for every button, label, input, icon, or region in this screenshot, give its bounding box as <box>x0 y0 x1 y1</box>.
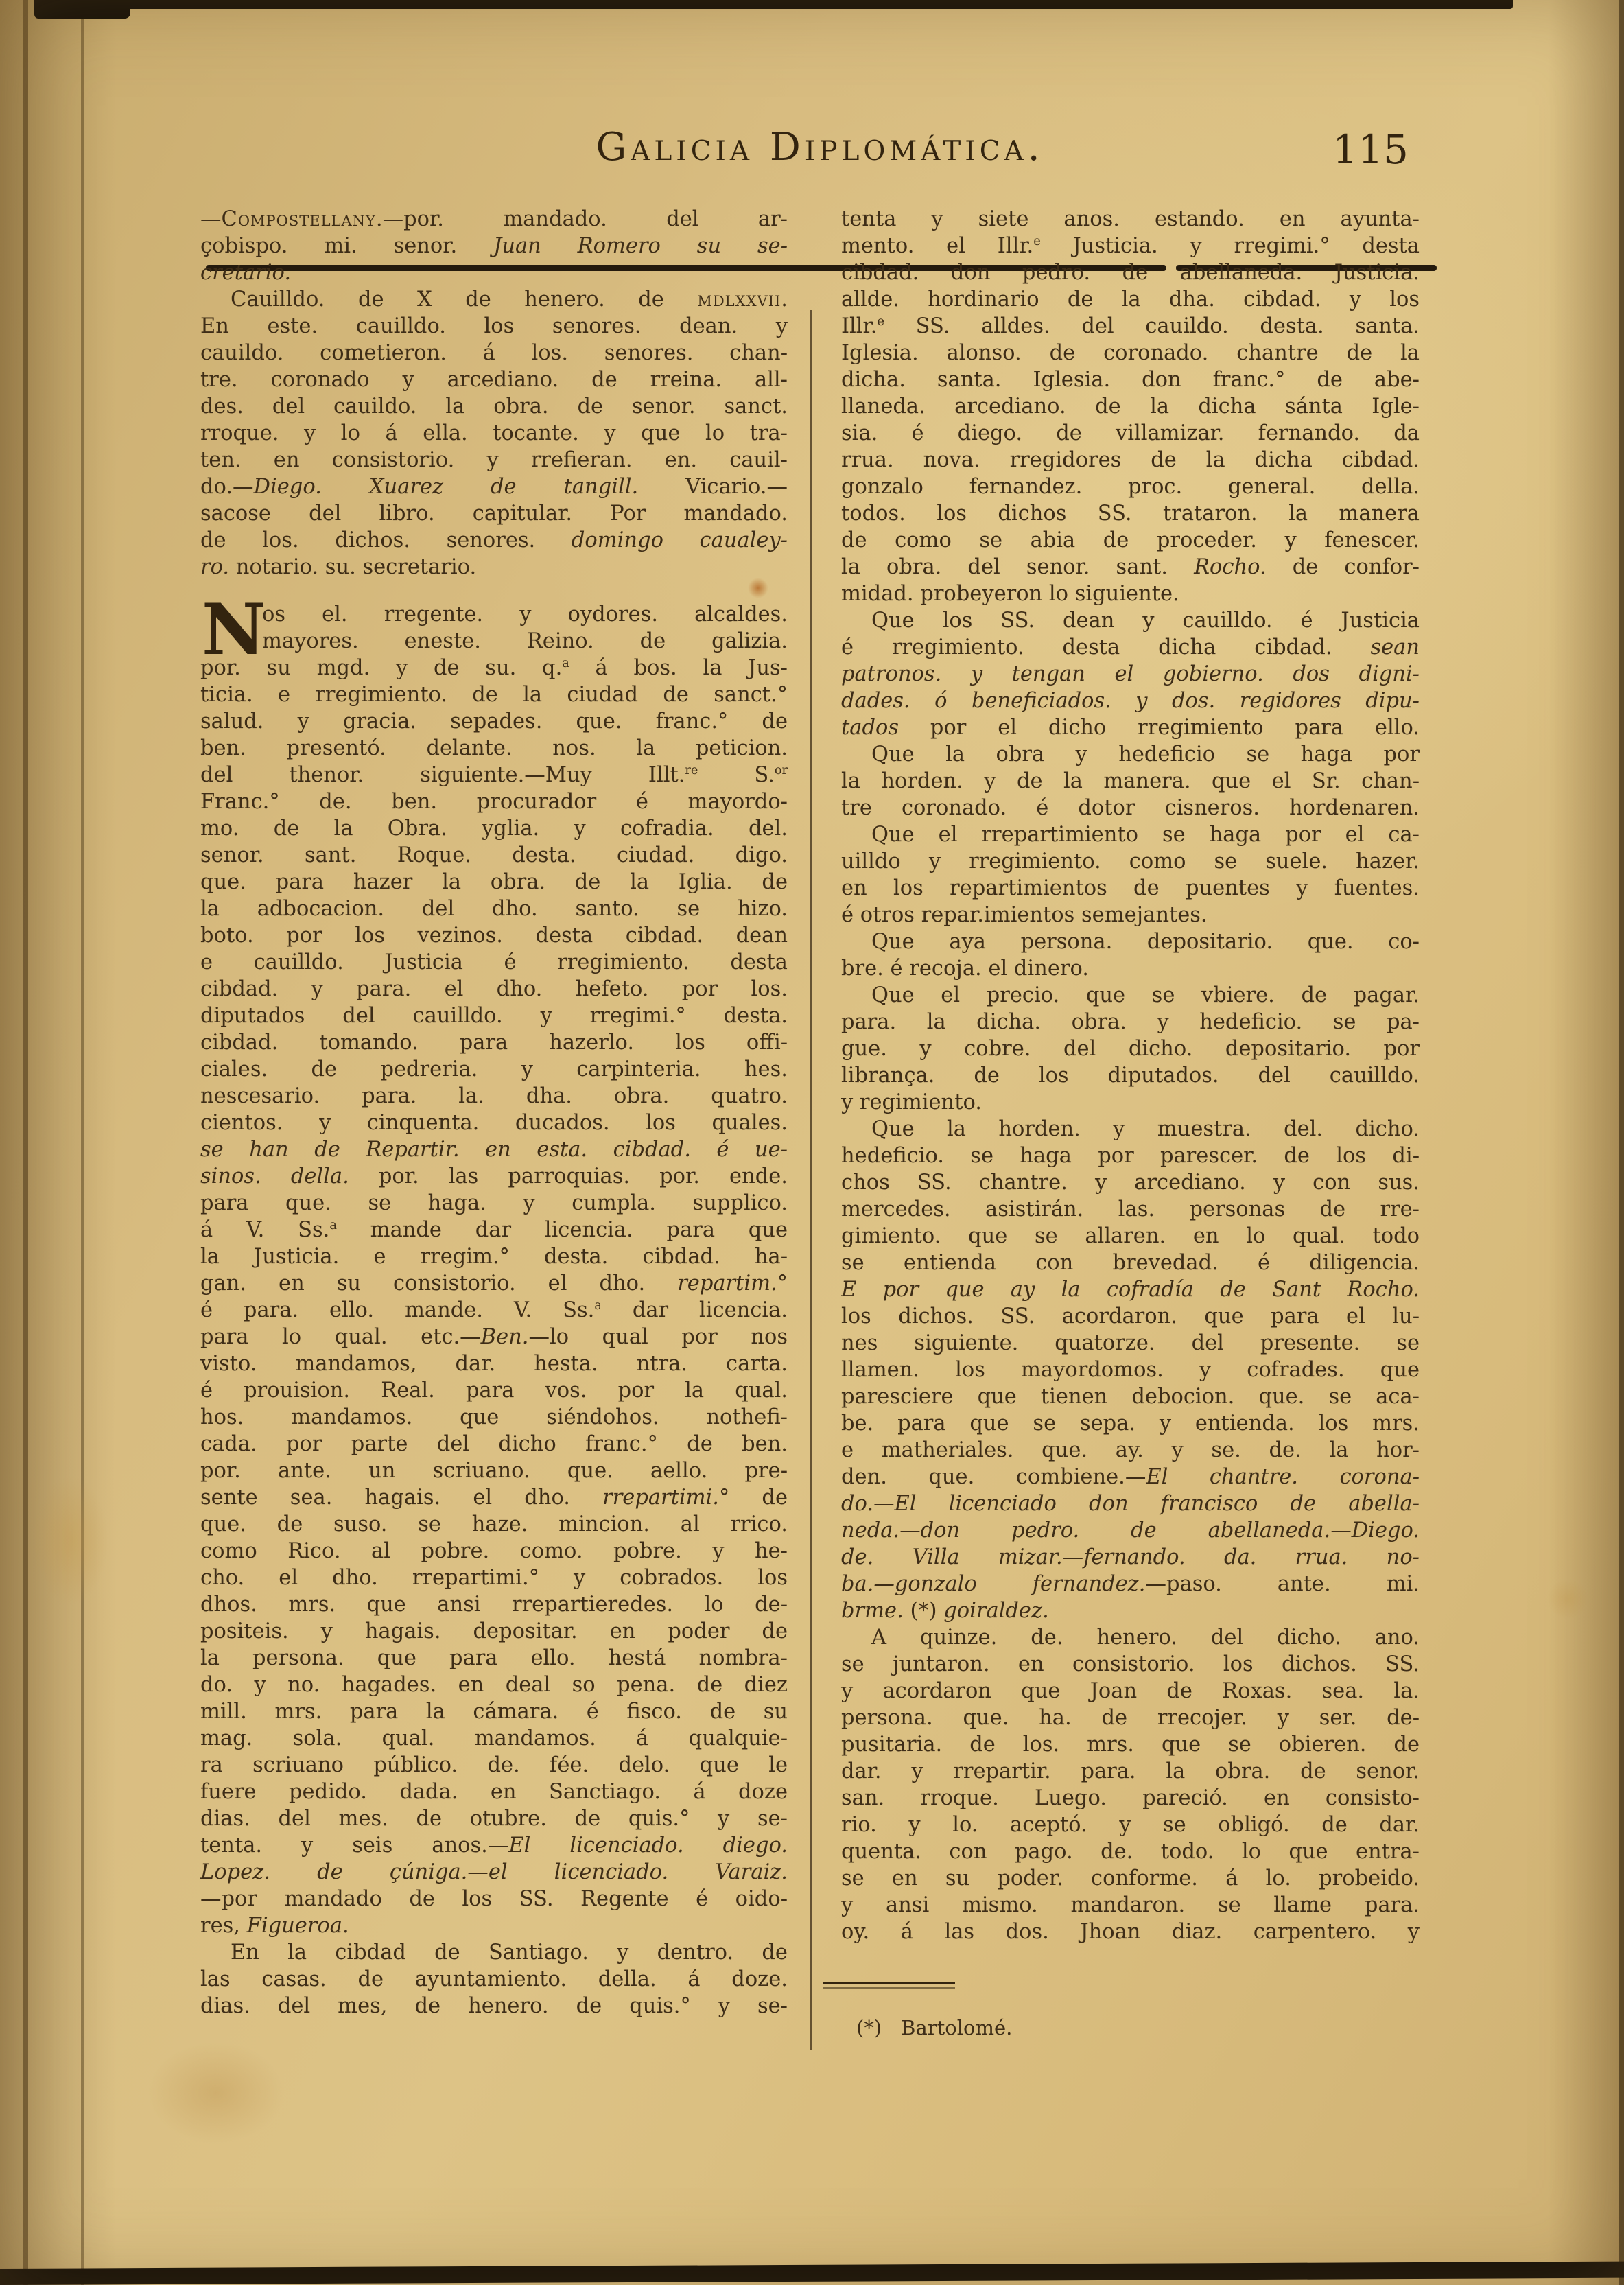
italic-text: dades. ó beneficiados. y dos. regidores … <box>841 689 1420 713</box>
superscript-text: a <box>594 1299 602 1313</box>
text-run: be. para que se sepa. y entienda. los mr… <box>841 1411 1420 1436</box>
text-line: —Compostellany.—por. mandado. del ar- <box>200 206 788 233</box>
text-line: gue. y cobre. del dicho. depositario. po… <box>841 1035 1420 1062</box>
scan-edge-bottom <box>0 2262 1624 2285</box>
superscript-text: re <box>685 764 698 777</box>
italic-text: El licenciado. diego. <box>508 1833 788 1858</box>
text-line: de. Villa mizar.—fernando. da. rrua. no- <box>841 1544 1420 1571</box>
text-line: ciales. de pedreria. y carpinteria. hes. <box>200 1056 788 1083</box>
text-run: y regimiento. <box>841 1090 982 1114</box>
text-line: dades. ó beneficiados. y dos. regidores … <box>841 688 1420 714</box>
text-run: sente sea. hagais. el dho. <box>200 1486 602 1510</box>
text-run: do. y no. hagades. en deal so pena. de d… <box>200 1673 788 1697</box>
page-number: 115 <box>1300 126 1441 173</box>
text-run: uilldo y rregimiento. como se suele. haz… <box>841 849 1420 874</box>
italic-text: Lopez. de çúniga.—el licenciado. Varaiz. <box>200 1860 788 1884</box>
text-run: y acordaron que Joan de Roxas. sea. la. <box>841 1679 1420 1703</box>
text-line: para lo qual. etc.—Ben.—lo qual por nos <box>200 1324 788 1350</box>
text-run: S. <box>698 763 775 787</box>
text-line: gimiento. que se allaren. en lo qual. to… <box>841 1223 1420 1250</box>
text-run: Que aya persona. depositario. que. co- <box>871 930 1420 954</box>
italic-text: sean <box>1370 635 1420 659</box>
text-run: por el dicho rregimiento para ello. <box>899 716 1420 740</box>
superscript-text: e <box>877 315 884 329</box>
text-run: tenta y siete anos. estando. en ayunta- <box>841 207 1420 231</box>
text-run: Que el rrepartimiento se haga por el ca- <box>871 823 1420 847</box>
text-run: fuere pedido. dada. en Sanctiago. á doze <box>200 1780 788 1804</box>
text-run: por. ante. un scriuano. que. aello. pre- <box>200 1459 788 1483</box>
italic-text: goiraldez. <box>943 1599 1049 1623</box>
text-line: se juntaron. en consistorio. los dichos.… <box>841 1651 1420 1678</box>
text-run: é para. ello. mande. V. Ss. <box>200 1298 594 1322</box>
text-column-right: tenta y siete anos. estando. en ayunta-m… <box>841 206 1420 1945</box>
text-run: los dichos. SS. acordaron. que para el l… <box>841 1304 1420 1328</box>
text-line: chos SS. chantre. y arcediano. y con sus… <box>841 1169 1420 1196</box>
text-line: salud. y gracia. sepades. que. franc.° d… <box>200 708 788 735</box>
paragraph: Que la obra y hedeficio se haga porla ho… <box>841 741 1420 821</box>
text-line: Que la horden. y muestra. del. dicho. <box>841 1116 1420 1142</box>
text-run: la Justicia. e rregim.° desta. cibdad. h… <box>200 1245 788 1269</box>
text-line: boto. por los vezinos. desta cibdad. dea… <box>200 922 788 949</box>
text-line: mercedes. asistirán. las. personas de rr… <box>841 1196 1420 1223</box>
text-line: den. que. combiene.—El chantre. corona- <box>841 1464 1420 1490</box>
text-line: tre. coronado y arcediano. de rreina. al… <box>200 366 788 393</box>
page-edge-shadow <box>1549 0 1624 2285</box>
text-run: notario. su. secretario. <box>229 555 476 579</box>
superscript-text: or <box>775 764 788 777</box>
text-run: ciales. de pedreria. y carpinteria. hes. <box>200 1057 788 1081</box>
text-run: Que los SS. dean y cauilldo. é Justicia <box>871 609 1420 633</box>
text-run: A quinze. de. henero. del dicho. ano. <box>871 1626 1420 1650</box>
text-line: dhos. mrs. que ansi rrepartieredes. lo d… <box>200 1591 788 1618</box>
text-line: visto. mandamos, dar. hesta. ntra. carta… <box>200 1350 788 1377</box>
italic-text: Juan Romero su se- <box>493 234 788 258</box>
text-line: cho. el dho. rrepartimi.° y cobrados. lo… <box>200 1565 788 1591</box>
text-run: ten. en consistorio. y rrefieran. en. ca… <box>200 448 788 472</box>
text-run: oy. á las dos. Jhoan diaz. carpentero. y <box>841 1920 1420 1944</box>
text-line: ticia. e rregimiento. de la ciudad de sa… <box>200 681 788 708</box>
text-run: dhos. mrs. que ansi rrepartieredes. lo d… <box>200 1593 788 1617</box>
text-line: res, Figueroa. <box>200 1912 788 1939</box>
text-line: rrua. nova. rregidores de la dicha cibda… <box>841 447 1420 473</box>
paragraph: tenta y siete anos. estando. en ayunta-m… <box>841 206 1420 607</box>
text-line: nes siguiente. quatorze. del presente. s… <box>841 1330 1420 1357</box>
text-run: nes siguiente. quatorze. del presente. s… <box>841 1331 1420 1355</box>
text-line: dar. y rrepartir. para. la obra. de seno… <box>841 1758 1420 1785</box>
paragraph: En la cibdad de Santiago. y dentro. dela… <box>200 1939 788 2019</box>
text-line: hos. mandamos. que siéndohos. nothefi- <box>200 1404 788 1431</box>
journal-title: Galicia Diplomática. <box>202 125 1437 169</box>
text-run: dar. y rrepartir. para. la obra. de seno… <box>841 1759 1420 1783</box>
text-run: Illr. <box>841 314 877 338</box>
text-run: hedeficio. se haga por parescer. de los … <box>841 1144 1420 1168</box>
text-line: se han de Repartir. en esta. cibdad. é u… <box>200 1136 788 1163</box>
text-line: diputados del cauilldo. y rregimi.° dest… <box>200 1003 788 1029</box>
text-run: se entienda con brevedad. é diligencia. <box>841 1251 1420 1275</box>
text-run: gan. en su consistorio. el dho. <box>200 1272 677 1296</box>
text-line: allde. hordinario de la dha. cibdad. y l… <box>841 286 1420 313</box>
text-run: tre. coronado y arcediano. de rreina. al… <box>200 368 788 392</box>
text-line: ro. notario. su. secretario. <box>200 554 788 581</box>
text-run: llaneda. arcediano. de la dicha sánta Ig… <box>841 395 1420 419</box>
text-line: las casas. de ayuntamiento. della. á doz… <box>200 1966 788 1993</box>
text-line: é otros repar.imientos semejantes. <box>841 902 1420 928</box>
text-line: tenta y siete anos. estando. en ayunta- <box>841 206 1420 233</box>
paragraph: Que la horden. y muestra. del. dicho.hed… <box>841 1116 1420 1624</box>
paragraph: Que el rrepartimiento se haga por el ca-… <box>841 821 1420 928</box>
text-line: todos. los dichos SS. trataron. la maner… <box>841 500 1420 527</box>
text-run: mill. mrs. para la cámara. é fisco. de s… <box>200 1700 788 1724</box>
italic-text: El chantre. corona- <box>1146 1465 1420 1489</box>
text-run: mo. de la Obra. yglia. y cofradia. del. <box>200 817 788 841</box>
text-line: gonzalo fernandez. proc. general. della. <box>841 473 1420 500</box>
text-run: las casas. de ayuntamiento. della. á doz… <box>200 1967 788 1991</box>
text-run: dicha. santa. Iglesia. don franc.° de ab… <box>841 368 1420 392</box>
text-run: En este. cauilldo. los senores. dean. y <box>200 314 788 338</box>
text-run: . <box>781 288 788 312</box>
text-run: cho. el dho. rrepartimi.° y cobrados. lo… <box>200 1566 788 1590</box>
text-run: e cauilldo. Justicia é rregimiento. dest… <box>200 950 788 974</box>
text-line: ra scriuano público. de. fée. delo. que … <box>200 1752 788 1779</box>
text-line: tados por el dicho rregimiento para ello… <box>841 714 1420 741</box>
text-run: Que la horden. y muestra. del. dicho. <box>871 1117 1420 1141</box>
text-run: de los. dichos. senores. <box>200 528 572 552</box>
paragraph: Que aya persona. depositario. que. co-br… <box>841 928 1420 982</box>
superscript-text: a <box>329 1219 337 1232</box>
text-run: ra scriuano público. de. fée. delo. que … <box>200 1753 788 1777</box>
text-line: A quinze. de. henero. del dicho. ano. <box>841 1624 1420 1651</box>
italic-text: rrepartimi.° <box>602 1486 729 1510</box>
text-run: chos SS. chantre. y arcediano. y con sus… <box>841 1171 1420 1195</box>
text-run: por. las parroquias. por. ende. <box>349 1164 788 1188</box>
text-run: é prouision. Real. para vos. por la qual… <box>200 1379 788 1403</box>
text-run: se en su poder. conforme. á lo. probeido… <box>841 1866 1420 1890</box>
text-run: librança. de los diputados. del cauilldo… <box>841 1064 1420 1088</box>
text-run: pusitaria. de los. mrs. que se obieren. … <box>841 1733 1420 1757</box>
italic-text: E por que ay la cofradía de Sant Rocho. <box>841 1278 1420 1302</box>
italic-text: tados <box>841 716 899 740</box>
text-line: é rregimiento. desta dicha cibdad. sean <box>841 634 1420 661</box>
italic-text: se han de Repartir. en esta. cibdad. é u… <box>200 1138 788 1162</box>
text-line: persona. que. ha. de rrecojer. y ser. de… <box>841 1704 1420 1731</box>
text-run: para lo qual. etc.— <box>200 1325 481 1349</box>
text-line: mento. el Illr.e Justicia. y rregimi.° d… <box>841 233 1420 259</box>
text-line: patronos. y tengan el gobierno. dos dign… <box>841 661 1420 688</box>
text-line: e matheriales. que. ay. y se. de. la hor… <box>841 1437 1420 1464</box>
text-run: hos. mandamos. que siéndohos. nothefi- <box>200 1405 788 1429</box>
text-line: sacose del libro. capitular. Por mandado… <box>200 500 788 527</box>
text-line: del thenor. siguiente.—Muy Illt.re S.or <box>200 762 788 788</box>
text-run: cibdad. y para. el dho. hefeto. por los. <box>200 977 788 1001</box>
text-line: Que el precio. que se vbiere. de pagar. <box>841 982 1420 1009</box>
text-run: mag. sola. qual. mandamos. á qualquie- <box>200 1726 788 1750</box>
text-run: positeis. y hagais. depositar. en poder … <box>200 1619 788 1643</box>
text-line: la horden. y de la manera. que el Sr. ch… <box>841 768 1420 795</box>
scan-edge-top-blob <box>34 0 130 19</box>
text-line: be. para que se sepa. y entienda. los mr… <box>841 1410 1420 1437</box>
paragraph: Que los SS. dean y cauilldo. é Justiciaé… <box>841 607 1420 741</box>
text-run: de <box>729 1486 788 1510</box>
paragraph: Cauilldo. de X de henero. de mdlxxvii.En… <box>200 286 788 581</box>
paragraph: Que el precio. que se vbiere. de pagar.p… <box>841 982 1420 1116</box>
text-line: oy. á las dos. Jhoan diaz. carpentero. y <box>841 1919 1420 1945</box>
text-line: quenta. con pago. de. todo. lo que entra… <box>841 1838 1420 1865</box>
text-run: cada. por parte del dicho franc.° de ben… <box>200 1432 788 1456</box>
text-line: cientos. y cinquenta. ducados. los quale… <box>200 1110 788 1136</box>
text-run: en los repartimientos de puentes y fuent… <box>841 876 1420 900</box>
text-line: Cauilldo. de X de henero. de mdlxxvii. <box>200 286 788 313</box>
text-run: Justicia. y rregimi.° desta <box>1041 234 1420 258</box>
text-line: En este. cauilldo. los senores. dean. y <box>200 313 788 340</box>
text-run: mayores. eneste. Reino. de galizia. <box>262 629 788 653</box>
text-line: que. para hazer la obra. de la Iglia. de <box>200 869 788 895</box>
text-line: cada. por parte del dicho franc.° de ben… <box>200 1431 788 1457</box>
text-run: Vicario.— <box>638 475 788 499</box>
italic-text: Ben. <box>481 1325 529 1349</box>
text-line: ten. en consistorio. y rrefieran. en. ca… <box>200 447 788 473</box>
italic-text: de. Villa mizar.—fernando. da. rrua. no- <box>841 1545 1420 1569</box>
text-run: gimiento. que se allaren. en lo qual. to… <box>841 1224 1420 1248</box>
text-run: des. del cauildo. la obra. de senor. san… <box>200 395 788 419</box>
text-run: á bos. la Jus- <box>569 656 788 680</box>
text-line: cauildo. cometieron. á los. senores. cha… <box>200 340 788 366</box>
text-run: quenta. con pago. de. todo. lo que entra… <box>841 1840 1420 1864</box>
text-run: que. para hazer la obra. de la Iglia. de <box>200 870 788 894</box>
text-line: os el. rregente. y oydores. alcaldes. <box>200 601 788 628</box>
text-line: se entienda con brevedad. é diligencia. <box>841 1250 1420 1276</box>
paragraph: A quinze. de. henero. del dicho. ano.se … <box>841 1624 1420 1945</box>
text-run: dias. del mes, de henero. de quis.° y se… <box>200 1994 788 2018</box>
text-run: SS. alldes. del cauildo. desta. santa. <box>884 314 1420 338</box>
text-run: mercedes. asistirán. las. personas de rr… <box>841 1197 1420 1221</box>
text-line: mo. de la Obra. yglia. y cofradia. del. <box>200 815 788 842</box>
text-run: rroque. y lo á ella. tocante. y que lo t… <box>200 421 788 445</box>
text-line: Que la obra y hedeficio se haga por <box>841 741 1420 768</box>
text-line: los dichos. SS. acordaron. que para el l… <box>841 1303 1420 1330</box>
text-line: en los repartimientos de puentes y fuent… <box>841 875 1420 902</box>
text-run: dias. del mes. de otubre. de quis.° y se… <box>200 1807 788 1831</box>
text-run: çobispo. mi. senor. <box>200 234 493 258</box>
text-line: rio. y lo. aceptó. y se obligó. de dar. <box>841 1812 1420 1838</box>
text-line: bre. é recoja. el dinero. <box>841 955 1420 982</box>
text-run: persona. que. ha. de rrecojer. y ser. de… <box>841 1706 1420 1730</box>
page-edge-line <box>1619 0 1624 2285</box>
text-line: —por mandado de los SS. Regente é oido- <box>200 1886 788 1912</box>
text-line: librança. de los diputados. del cauilldo… <box>841 1062 1420 1089</box>
text-run: para. la dicha. obra. y hedeficio. se pa… <box>841 1010 1420 1034</box>
text-run: mento. el Illr. <box>841 234 1033 258</box>
text-line: la Justicia. e rregim.° desta. cibdad. h… <box>200 1243 788 1270</box>
text-line: ben. presentó. delante. nos. la peticion… <box>200 735 788 762</box>
text-line: neda.—don pedro. de abellaneda.—Diego. <box>841 1517 1420 1544</box>
text-run: ticia. e rregimiento. de la ciudad de sa… <box>200 683 788 707</box>
paragraph: Nos el. rregente. y oydores. alcaldes.ma… <box>200 601 788 1939</box>
text-run: ben. presentó. delante. nos. la peticion… <box>200 736 788 760</box>
text-line: se en su poder. conforme. á lo. probeido… <box>841 1865 1420 1892</box>
text-line: san. rroque. Luego. pareció. en consisto… <box>841 1785 1420 1812</box>
text-line: Illr.e SS. alldes. del cauildo. desta. s… <box>841 313 1420 340</box>
text-line: y acordaron que Joan de Roxas. sea. la. <box>841 1678 1420 1704</box>
footnote-marker: (*) <box>856 2016 882 2039</box>
text-line: midad. probeyeron lo siguiente. <box>841 581 1420 607</box>
text-run: .—por. mandado. del ar- <box>376 207 788 231</box>
text-run: diputados del cauilldo. y rregimi.° dest… <box>200 1004 788 1028</box>
footnote-text: Bartolomé. <box>901 2016 1012 2039</box>
text-run: la obra. del senor. sant. <box>841 555 1194 579</box>
text-line: çobispo. mi. senor. Juan Romero su se- <box>200 233 788 259</box>
text-run: cibdad. tomando. para hazerlo. los offi- <box>200 1031 788 1055</box>
text-line: á V. Ss.a mande dar licencia. para que <box>200 1217 788 1243</box>
text-line: para. la dicha. obra. y hedeficio. se pa… <box>841 1009 1420 1035</box>
text-line: Que aya persona. depositario. que. co- <box>841 928 1420 955</box>
text-line: sente sea. hagais. el dho. rrepartimi.° … <box>200 1484 788 1511</box>
text-run: rio. y lo. aceptó. y se obligó. de dar. <box>841 1813 1420 1837</box>
text-run: san. rroque. Luego. pareció. en consisto… <box>841 1786 1420 1810</box>
text-run: nescesario. para. la. dha. obra. quatro. <box>200 1084 788 1108</box>
text-line: pusitaria. de los. mrs. que se obieren. … <box>841 1731 1420 1758</box>
text-line: des. del cauildo. la obra. de senor. san… <box>200 393 788 420</box>
text-run: Cauilldo. de X de henero. de <box>231 288 697 312</box>
page-fold-line <box>81 0 84 2285</box>
drop-cap-letter: N <box>202 605 266 655</box>
text-line: cibdad. don pedro. de abellaneda. Justic… <box>841 259 1420 286</box>
text-run: para que. se haga. y cumpla. supplico. <box>200 1191 788 1215</box>
italic-text: Figueroa. <box>247 1914 349 1938</box>
text-run: rrua. nova. rregidores de la dicha cibda… <box>841 448 1420 472</box>
italic-text: Rocho. <box>1194 555 1267 579</box>
small-caps-text: Compostellany <box>222 207 376 231</box>
text-run: — <box>200 207 222 231</box>
superscript-text: a <box>562 657 569 670</box>
text-line: é para. ello. mande. V. Ss.a dar licenci… <box>200 1297 788 1324</box>
text-line: cibdad. y para. el dho. hefeto. por los. <box>200 976 788 1003</box>
text-run: do.— <box>200 475 254 499</box>
text-line: la adbocacion. del dho. santo. se hizo. <box>200 895 788 922</box>
text-line: de como se abia de proceder. y fenescer. <box>841 527 1420 554</box>
text-run: salud. y gracia. sepades. que. franc.° d… <box>200 710 788 734</box>
paper-stain <box>148 2041 285 2144</box>
text-line: por. su mgd. y de su. q.a á bos. la Jus- <box>200 655 788 681</box>
text-run: midad. probeyeron lo siguiente. <box>841 582 1179 606</box>
text-line: tre coronado. é dotor cisneros. hordenar… <box>841 795 1420 821</box>
italic-text: Diego. Xuarez de tangill. <box>254 475 639 499</box>
italic-text: neda.—don pedro. de abellaneda.—Diego. <box>841 1519 1420 1543</box>
text-line: brme. (*) goiraldez. <box>841 1597 1420 1624</box>
text-run: que. de suso. se haze. mincion. al rrico… <box>200 1512 788 1536</box>
footnote-rule <box>823 1987 955 1989</box>
text-run: gue. y cobre. del dicho. depositario. po… <box>841 1037 1420 1061</box>
text-run: de como se abia de proceder. y fenescer. <box>841 528 1420 552</box>
text-line: E por que ay la cofradía de Sant Rocho. <box>841 1276 1420 1303</box>
text-line: llaneda. arcediano. de la dicha sánta Ig… <box>841 393 1420 420</box>
text-line: y regimiento. <box>841 1089 1420 1116</box>
text-line: Iglesia. alonso. de coronado. chantre de… <box>841 340 1420 366</box>
column-divider <box>810 310 812 2050</box>
italic-text: ba.—gonzalo fernandez. <box>841 1572 1146 1596</box>
binding-shadow <box>0 0 117 2285</box>
text-run: mande dar licencia. para que <box>337 1218 788 1242</box>
text-run: gonzalo fernandez. proc. general. della. <box>841 475 1420 499</box>
italic-text: cretario. <box>200 261 291 285</box>
text-line: ba.—gonzalo fernandez.—paso. ante. mi. <box>841 1571 1420 1597</box>
italic-text: brme. <box>841 1599 904 1623</box>
italic-text: ro. <box>200 555 229 579</box>
text-run: sia. é diego. de villamizar. fernando. d… <box>841 421 1420 445</box>
text-run: cibdad. don pedro. de abellaneda. Justic… <box>841 261 1420 285</box>
text-line: dias. del mes, de henero. de quis.° y se… <box>200 1993 788 2019</box>
page-fold-line <box>23 0 28 2285</box>
text-run: á V. Ss. <box>200 1218 329 1242</box>
text-line: mill. mrs. para la cámara. é fisco. de s… <box>200 1698 788 1725</box>
text-line: cretario. <box>200 259 788 286</box>
text-run: tre coronado. é dotor cisneros. hordenar… <box>841 796 1420 820</box>
text-run: sacose del libro. capitular. Por mandado… <box>200 502 788 526</box>
text-line: mayores. eneste. Reino. de galizia. <box>200 628 788 655</box>
text-run: boto. por los vezinos. desta cibdad. dea… <box>200 924 788 948</box>
text-line: Franc.° de. ben. procurador é mayordo- <box>200 788 788 815</box>
text-line: llamen. los mayordomos. y cofrades. que <box>841 1357 1420 1383</box>
text-run: res, <box>200 1914 247 1938</box>
text-line: Que el rrepartimiento se haga por el ca- <box>841 821 1420 848</box>
text-line: fuere pedido. dada. en Sanctiago. á doze <box>200 1779 788 1805</box>
text-run: bre. é recoja. el dinero. <box>841 957 1089 981</box>
text-line: de los. dichos. senores. domingo caualey… <box>200 527 788 554</box>
text-line: tenta. y seis anos.—El licenciado. diego… <box>200 1832 788 1859</box>
text-line: paresciere que tienen debocion. que. se … <box>841 1383 1420 1410</box>
text-run: den. que. combiene.— <box>841 1465 1146 1489</box>
text-run: os el. rregente. y oydores. alcaldes. <box>262 602 788 626</box>
italic-text: repartim.° <box>677 1272 788 1296</box>
text-run: é rregimiento. desta dicha cibdad. <box>841 635 1370 659</box>
text-line: como Rico. al pobre. como. pobre. y he- <box>200 1538 788 1565</box>
text-line: mag. sola. qual. mandamos. á qualquie- <box>200 1725 788 1752</box>
text-line: la obra. del senor. sant. Rocho. de conf… <box>841 554 1420 581</box>
text-line: uilldo y rregimiento. como se suele. haz… <box>841 848 1420 875</box>
text-run: (*) <box>904 1599 943 1623</box>
scan-edge-top <box>34 0 1513 9</box>
text-run: é otros repar.imientos semejantes. <box>841 903 1208 927</box>
text-run: paresciere que tienen debocion. que. se … <box>841 1385 1420 1409</box>
text-line: dicha. santa. Iglesia. don franc.° de ab… <box>841 366 1420 393</box>
text-run: senor. sant. Roque. desta. ciudad. digo. <box>200 843 788 867</box>
text-line: por. ante. un scriuano. que. aello. pre- <box>200 1457 788 1484</box>
text-run: como Rico. al pobre. como. pobre. y he- <box>200 1539 788 1563</box>
text-line: que. de suso. se haze. mincion. al rrico… <box>200 1511 788 1538</box>
text-line: y ansi mismo. mandaron. se llame para. <box>841 1892 1420 1919</box>
text-run: e matheriales. que. ay. y se. de. la hor… <box>841 1438 1420 1462</box>
text-line: nescesario. para. la. dha. obra. quatro. <box>200 1083 788 1110</box>
text-line: e cauilldo. Justicia é rregimiento. dest… <box>200 949 788 976</box>
text-run: visto. mandamos, dar. hesta. ntra. carta… <box>200 1352 788 1376</box>
text-run: —lo qual por nos <box>528 1325 788 1349</box>
text-line: cibdad. tomando. para hazerlo. los offi- <box>200 1029 788 1056</box>
text-run: todos. los dichos SS. trataron. la maner… <box>841 502 1420 526</box>
text-line: hedeficio. se haga por parescer. de los … <box>841 1142 1420 1169</box>
superscript-text: e <box>1033 235 1040 248</box>
text-line: positeis. y hagais. depositar. en poder … <box>200 1618 788 1645</box>
text-line: senor. sant. Roque. desta. ciudad. digo. <box>200 842 788 869</box>
italic-text: do.—El licenciado don francisco de abell… <box>841 1492 1420 1516</box>
italic-text: sinos. della. <box>200 1164 349 1188</box>
text-line: do.—Diego. Xuarez de tangill. Vicario.— <box>200 473 788 500</box>
text-line: sia. é diego. de villamizar. fernando. d… <box>841 420 1420 447</box>
text-line: Lopez. de çúniga.—el licenciado. Varaiz. <box>200 1859 788 1886</box>
text-run: Que el precio. que se vbiere. de pagar. <box>871 983 1420 1007</box>
text-line: Que los SS. dean y cauilldo. é Justicia <box>841 607 1420 634</box>
text-run: tenta. y seis anos.— <box>200 1833 508 1858</box>
text-line: para que. se haga. y cumpla. supplico. <box>200 1190 788 1217</box>
text-run: dar licencia. <box>602 1298 788 1322</box>
